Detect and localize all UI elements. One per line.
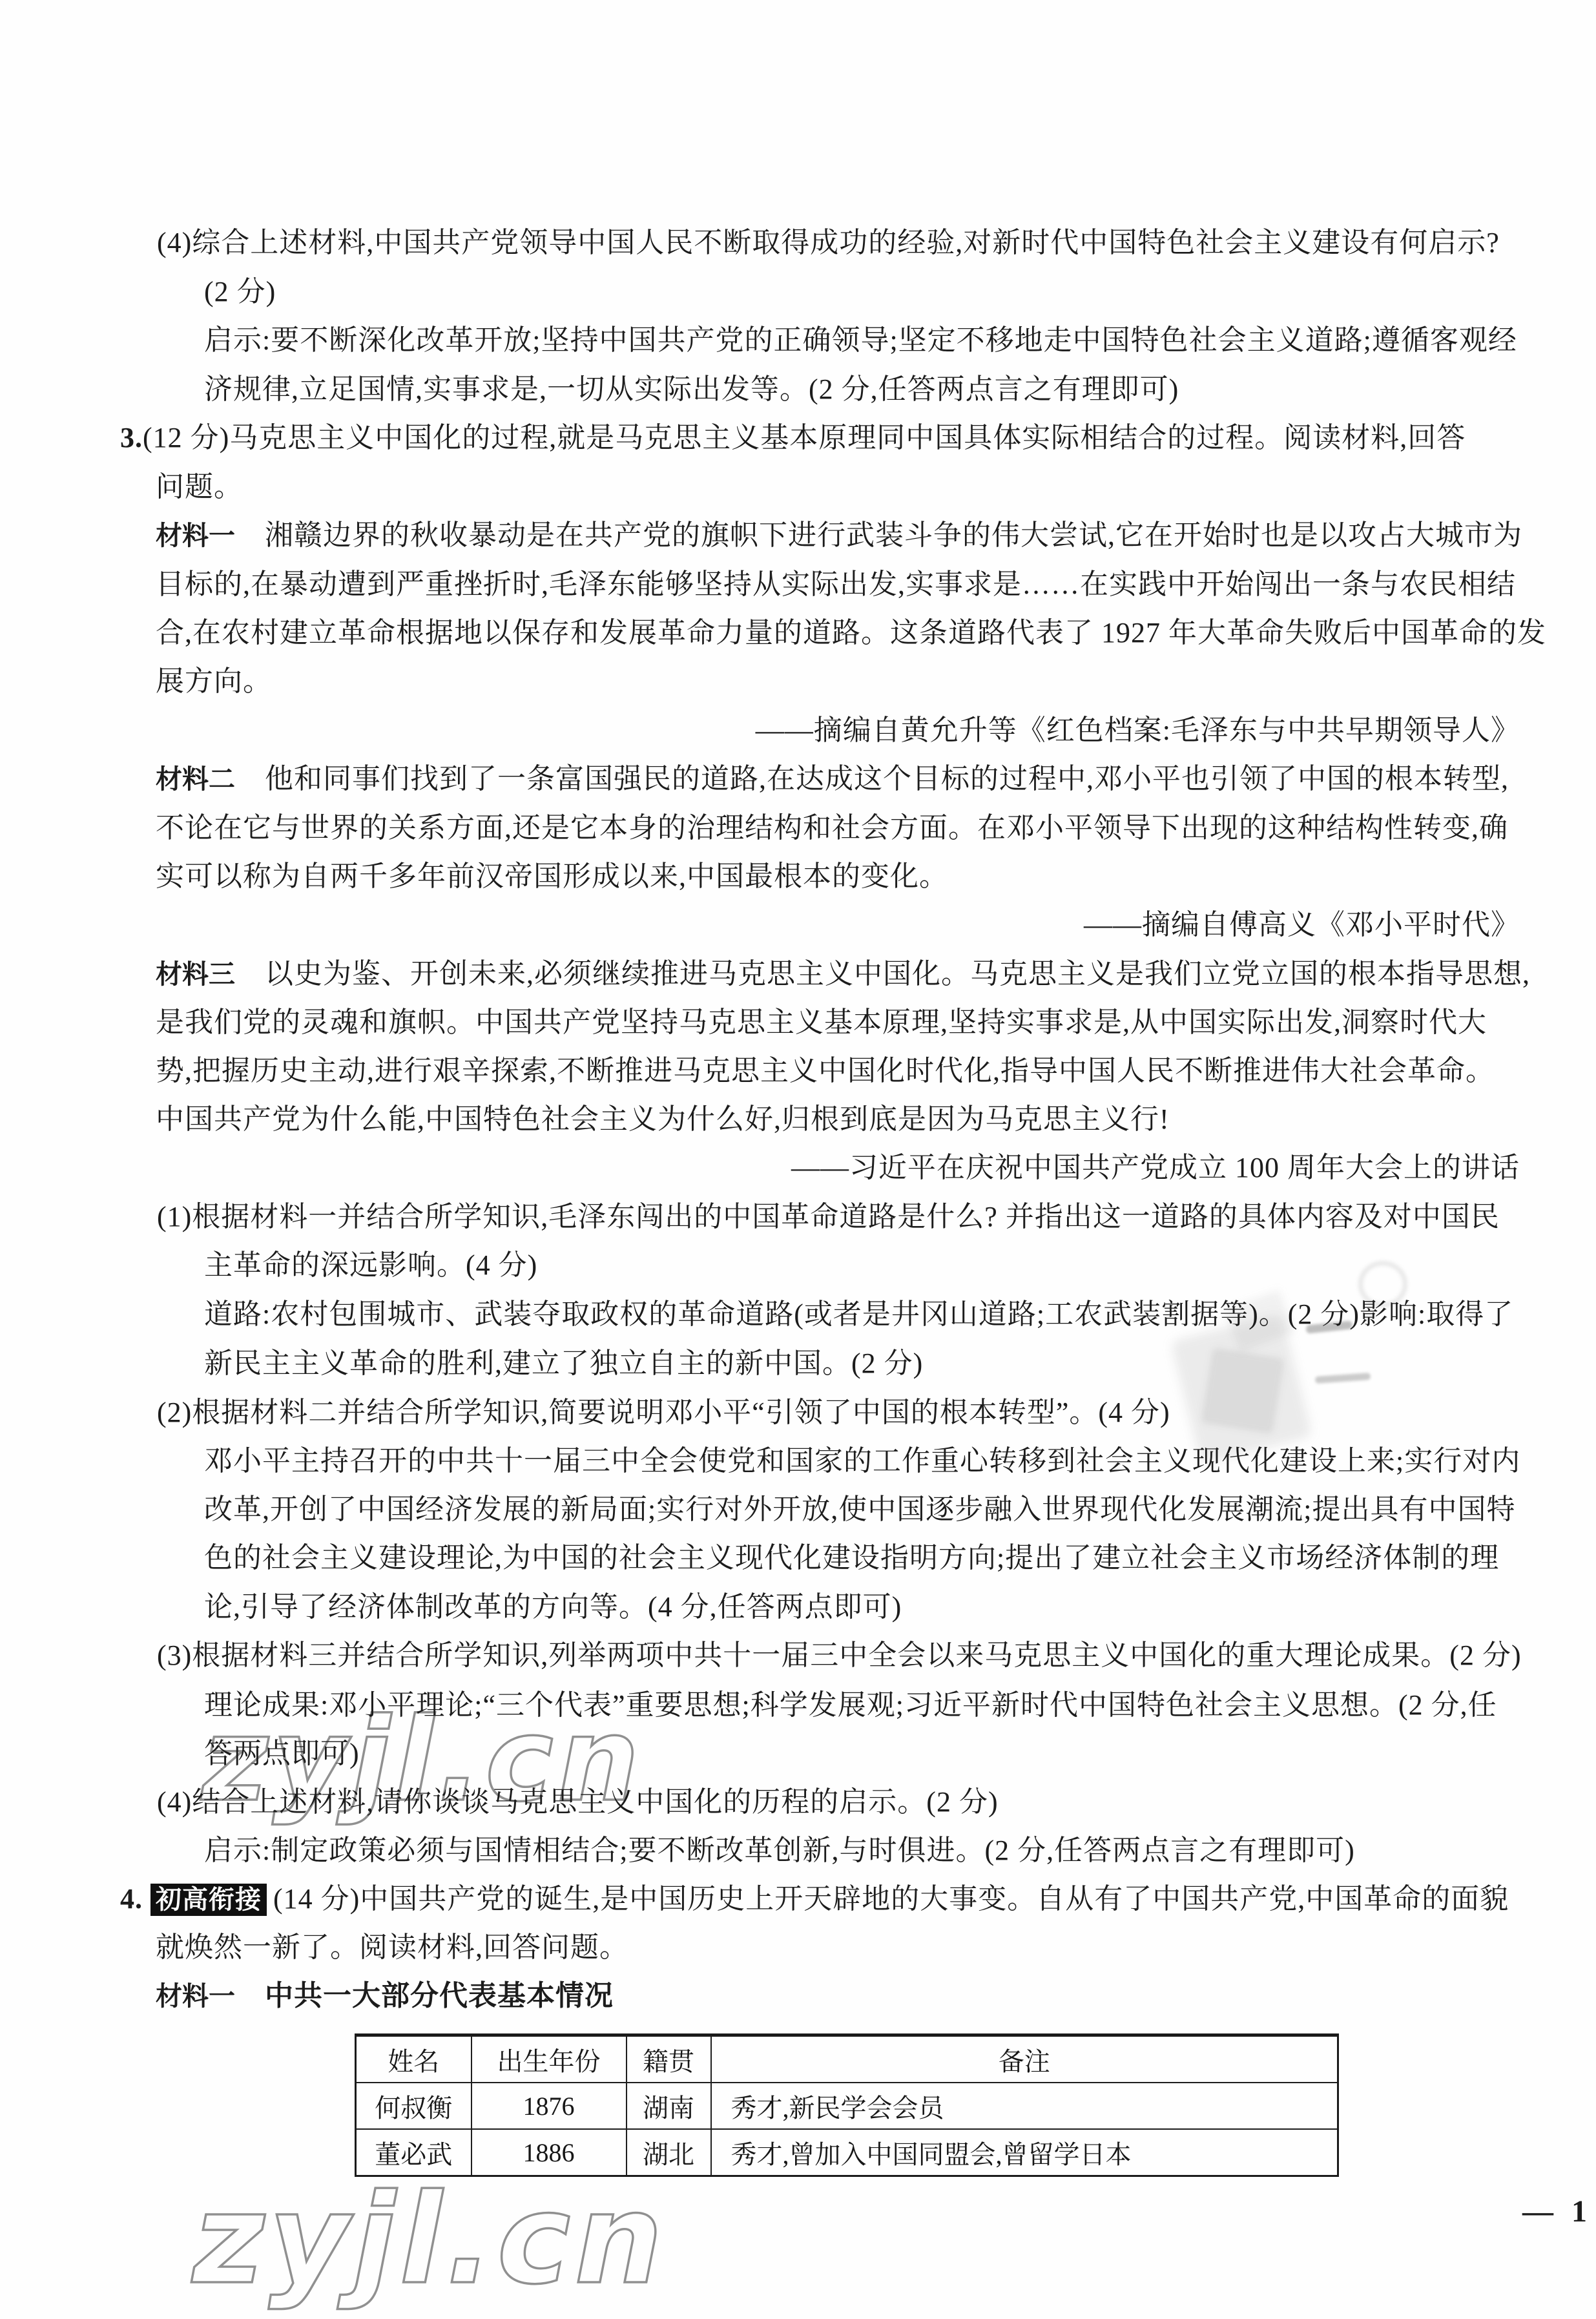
- source-attribution: ——习近平在庆祝中国共产党成立 100 周年大会上的讲话: [791, 1152, 1520, 1184]
- text-segment: 湘赣边界的秋收暴动是在共产党的旗帜下进行武装斗争的伟大尝试,它在开始时也是以攻占…: [265, 519, 1522, 551]
- text-segment: (4)综合上述材料,中国共产党领导中国人民不断取得成功的经验,对新时代中国特色社…: [157, 227, 1500, 258]
- text-segment: (3)根据材料三并结合所学知识,列举两项中共十一届三中全会以来马克思主义中国化的…: [157, 1639, 1522, 1671]
- table-header-cell: 籍贯: [627, 2035, 711, 2083]
- material-label: 材料二: [156, 764, 235, 794]
- text-segment: 是我们党的灵魂和旗帜。中国共产党坚持马克思主义基本原理,坚持实事求是,从中国实际…: [156, 1006, 1487, 1038]
- table-row: 何叔衡1876湖南秀才,新民学会会员: [356, 2083, 1338, 2129]
- table-header-cell: 出生年份: [472, 2035, 627, 2083]
- sub-question-4-prev: (4)综合上述材料,中国共产党领导中国人民不断取得成功的经验,对新时代中国特色社…: [157, 227, 1500, 259]
- material-3-text: 是我们党的灵魂和旗帜。中国共产党坚持马克思主义基本原理,坚持实事求是,从中国实际…: [156, 1006, 1487, 1039]
- table-cell: 1886: [472, 2129, 627, 2176]
- text-segment: 邓小平主持召开的中共十一届三中全会使党和国家的工作重心转移到社会主义现代化建设上…: [204, 1445, 1520, 1477]
- answer-line: 启示:要不断深化改革开放;坚持中国共产党的正确领导;坚定不移地走中国特色社会主义…: [204, 324, 1517, 357]
- text-segment: 就焕然一新了。阅读材料,回答问题。: [156, 1931, 628, 1963]
- text-segment: 济规律,立足国情,实事求是,一切从实际出发等。(2 分,任答两点言之有理即可): [204, 373, 1179, 405]
- text-segment: 他和同事们找到了一条富国强民的道路,在达成这个目标的过程中,邓小平也引领了中国的…: [265, 763, 1509, 795]
- text-segment: 色的社会主义建设理论,为中国的社会主义现代化建设指明方向;提出了建立社会主义市场…: [204, 1542, 1499, 1574]
- page-number: — 1: [1522, 2194, 1592, 2229]
- material-label: 材料三: [156, 959, 235, 989]
- text-segment: (14 分)中国共产党的诞生,是中国历史上开天辟地的大事变。自从有了中国共产党,…: [273, 1883, 1509, 1915]
- text-segment: 以史为鉴、开创未来,必须继续推进马克思主义中国化。马克思主义是我们立党立国的根本…: [265, 958, 1530, 990]
- text-segment: (1)根据材料一并结合所学知识,毛泽东闯出的中国革命道路是什么? 并指出这一道路…: [157, 1201, 1500, 1232]
- table-cell: 秀才,新民学会会员: [711, 2083, 1338, 2129]
- question-3-intro: 3.(12 分)马克思主义中国化的过程,就是马克思主义基本原理同中国具体实际相结…: [120, 422, 1466, 454]
- text-segment: 问题。: [156, 471, 243, 503]
- answer-line: 道路:农村包围城市、武装夺取政权的革命道路(或者是井冈山道路;工农武装割据等)。…: [204, 1298, 1513, 1331]
- sub-question-4: (4)结合上述材料,请你谈谈马克思主义中国化的历程的启示。(2 分): [157, 1786, 999, 1818]
- source-attribution: ——摘编自傅高义《邓小平时代》: [1084, 909, 1520, 941]
- material-3-text: 势,把握历史主动,进行艰辛探索,不断推进马克思主义中国化时代化,指导中国人民不断…: [156, 1055, 1495, 1087]
- table-cell: 秀才,曾加入中国同盟会,曾留学日本: [711, 2129, 1338, 2176]
- text-segment: ——摘编自傅高义《邓小平时代》: [1084, 909, 1520, 941]
- text-segment: 3.: [120, 422, 143, 453]
- text-segment: 实可以称为自两千多年前汉帝国形成以来,中国最根本的变化。: [156, 860, 948, 892]
- text-segment: 新民主主义革命的胜利,建立了独立自主的新中国。(2 分): [204, 1347, 923, 1379]
- table-header-row: 姓名出生年份籍贯备注: [356, 2035, 1338, 2083]
- source-attribution: ——摘编自黄允升等《红色档案:毛泽东与中共早期领导人》: [756, 714, 1520, 747]
- material-3-text: 材料三以史为鉴、开创未来,必须继续推进马克思主义中国化。马克思主义是我们立党立国…: [156, 958, 1530, 990]
- text-segment: (2)根据材料二并结合所学知识,简要说明邓小平“引领了中国的根本转型”。(4 分…: [157, 1397, 1170, 1428]
- question-3-intro: 问题。: [156, 471, 243, 503]
- material-2-text: 材料二他和同事们找到了一条富国强民的道路,在达成这个目标的过程中,邓小平也引领了…: [156, 763, 1509, 795]
- text-segment: 4.: [120, 1883, 143, 1915]
- answer-line: 改革,开创了中国经济发展的新局面;实行对外开放,使中国逐步融入世界现代化发展潮流…: [204, 1493, 1515, 1526]
- text-segment: 中共一大部分代表基本情况: [265, 1980, 614, 2012]
- text-segment: (4)结合上述材料,请你谈谈马克思主义中国化的历程的启示。(2 分): [157, 1786, 999, 1818]
- text-segment: 不论在它与世界的关系方面,还是它本身的治理结构和社会方面。在邓小平领导下出现的这…: [156, 812, 1508, 844]
- material-1-table-title: 材料一中共一大部分代表基本情况: [156, 1980, 614, 2012]
- answer-line: 邓小平主持召开的中共十一届三中全会使党和国家的工作重心转移到社会主义现代化建设上…: [204, 1445, 1520, 1477]
- answer-line: 理论成果:邓小平理论;“三个代表”重要思想;科学发展观;习近平新时代中国特色社会…: [204, 1689, 1497, 1721]
- table-cell: 湖南: [627, 2083, 711, 2129]
- text-segment: ——摘编自黄允升等《红色档案:毛泽东与中共早期领导人》: [756, 714, 1520, 746]
- question-4-intro: 就焕然一新了。阅读材料,回答问题。: [156, 1931, 628, 1964]
- text-segment: 势,把握历史主动,进行艰辛探索,不断推进马克思主义中国化时代化,指导中国人民不断…: [156, 1055, 1495, 1087]
- answer-line: 答两点即可): [204, 1738, 360, 1770]
- material-1-text: 展方向。: [156, 665, 272, 698]
- sub-question-3: (3)根据材料三并结合所学知识,列举两项中共十一届三中全会以来马克思主义中国化的…: [157, 1639, 1522, 1672]
- exam-answer-page: zyjl.cn zyjl.cn (4)综合上述材料,中国共产党领导中国人民不断取…: [0, 0, 1596, 2319]
- material-1-text: 材料一湘赣边界的秋收暴动是在共产党的旗帜下进行武装斗争的伟大尝试,它在开始时也是…: [156, 519, 1522, 552]
- watermark-zyjl: zyjl.cn: [192, 2178, 667, 2302]
- answer-line: 启示:制定政策必须与国情相结合;要不断改革创新,与时俱进。(2 分,任答两点言之…: [204, 1835, 1355, 1867]
- text-segment: 主革命的深远影响。(4 分): [204, 1249, 537, 1281]
- text-segment: 改革,开创了中国经济发展的新局面;实行对外开放,使中国逐步融入世界现代化发展潮流…: [204, 1493, 1515, 1525]
- sub-question-2: (2)根据材料二并结合所学知识,简要说明邓小平“引领了中国的根本转型”。(4 分…: [157, 1397, 1170, 1429]
- sub-question-1: 主革命的深远影响。(4 分): [204, 1249, 537, 1282]
- text-segment: (2 分): [204, 276, 276, 307]
- junior-senior-link-badge: 初高衔接: [150, 1884, 267, 1916]
- text-segment: 合,在农村建立革命根据地以保存和发展革命力量的道路。这条道路代表了 1927 年…: [156, 617, 1546, 649]
- text-segment: 展方向。: [156, 665, 272, 697]
- table-header-cell: 姓名: [356, 2035, 472, 2083]
- table-cell: 何叔衡: [356, 2083, 472, 2129]
- table-cell: 湖北: [627, 2129, 711, 2176]
- material-3-text: 中国共产党为什么能,中国特色社会主义为什么好,归根到底是因为马克思主义行!: [156, 1103, 1170, 1136]
- answer-line: 色的社会主义建设理论,为中国的社会主义现代化建设指明方向;提出了建立社会主义市场…: [204, 1542, 1499, 1574]
- text-segment: 中国共产党为什么能,中国特色社会主义为什么好,归根到底是因为马克思主义行!: [156, 1103, 1170, 1135]
- text-segment: 启示:要不断深化改革开放;坚持中国共产党的正确领导;坚定不移地走中国特色社会主义…: [204, 324, 1517, 356]
- text-segment: ——习近平在庆祝中国共产党成立 100 周年大会上的讲话: [791, 1152, 1520, 1183]
- question-4-intro: 4.初高衔接(14 分)中国共产党的诞生,是中国历史上开天辟地的大事变。自从有了…: [120, 1883, 1509, 1915]
- answer-line: 论,引导了经济体制改革的方向等。(4 分,任答两点即可): [204, 1591, 902, 1623]
- text-segment: 启示:制定政策必须与国情相结合;要不断改革创新,与时俱进。(2 分,任答两点言之…: [204, 1835, 1355, 1866]
- table-row: 董必武1886湖北秀才,曾加入中国同盟会,曾留学日本: [356, 2129, 1338, 2176]
- material-2-text: 实可以称为自两千多年前汉帝国形成以来,中国最根本的变化。: [156, 860, 948, 893]
- table-cell: 董必武: [356, 2129, 472, 2176]
- material-2-text: 不论在它与世界的关系方面,还是它本身的治理结构和社会方面。在邓小平领导下出现的这…: [156, 812, 1508, 844]
- answer-line: 济规律,立足国情,实事求是,一切从实际出发等。(2 分,任答两点言之有理即可): [204, 373, 1179, 406]
- text-segment: (12 分)马克思主义中国化的过程,就是马克思主义基本原理同中国具体实际相结合的…: [143, 422, 1466, 453]
- table-cell: 1876: [472, 2083, 627, 2129]
- scan-streak: [1315, 1373, 1371, 1384]
- delegates-table: 姓名出生年份籍贯备注 何叔衡1876湖南秀才,新民学会会员董必武1886湖北秀才…: [355, 2033, 1339, 2177]
- text-segment: 答两点即可): [204, 1738, 360, 1769]
- sub-question-1: (1)根据材料一并结合所学知识,毛泽东闯出的中国革命道路是什么? 并指出这一道路…: [157, 1201, 1500, 1233]
- text-segment: 理论成果:邓小平理论;“三个代表”重要思想;科学发展观;习近平新时代中国特色社会…: [204, 1689, 1497, 1721]
- text-segment: 道路:农村包围城市、武装夺取政权的革命道路(或者是井冈山道路;工农武装割据等)。…: [204, 1298, 1513, 1330]
- text-segment: 论,引导了经济体制改革的方向等。(4 分,任答两点即可): [204, 1591, 902, 1623]
- answer-line: 新民主主义革命的胜利,建立了独立自主的新中国。(2 分): [204, 1347, 923, 1380]
- material-label: 材料一: [156, 1981, 235, 2011]
- table-header-cell: 备注: [711, 2035, 1338, 2083]
- score-note: (2 分): [204, 276, 276, 308]
- text-segment: 目标的,在暴动遭到严重挫折时,毛泽东能够坚持从实际出发,实事求是……在实践中开始…: [156, 568, 1516, 600]
- material-1-text: 合,在农村建立革命根据地以保存和发展革命力量的道路。这条道路代表了 1927 年…: [156, 617, 1546, 649]
- material-1-text: 目标的,在暴动遭到严重挫折时,毛泽东能够坚持从实际出发,实事求是……在实践中开始…: [156, 568, 1516, 601]
- scan-smudge: [1201, 1347, 1284, 1434]
- material-label: 材料一: [156, 521, 235, 550]
